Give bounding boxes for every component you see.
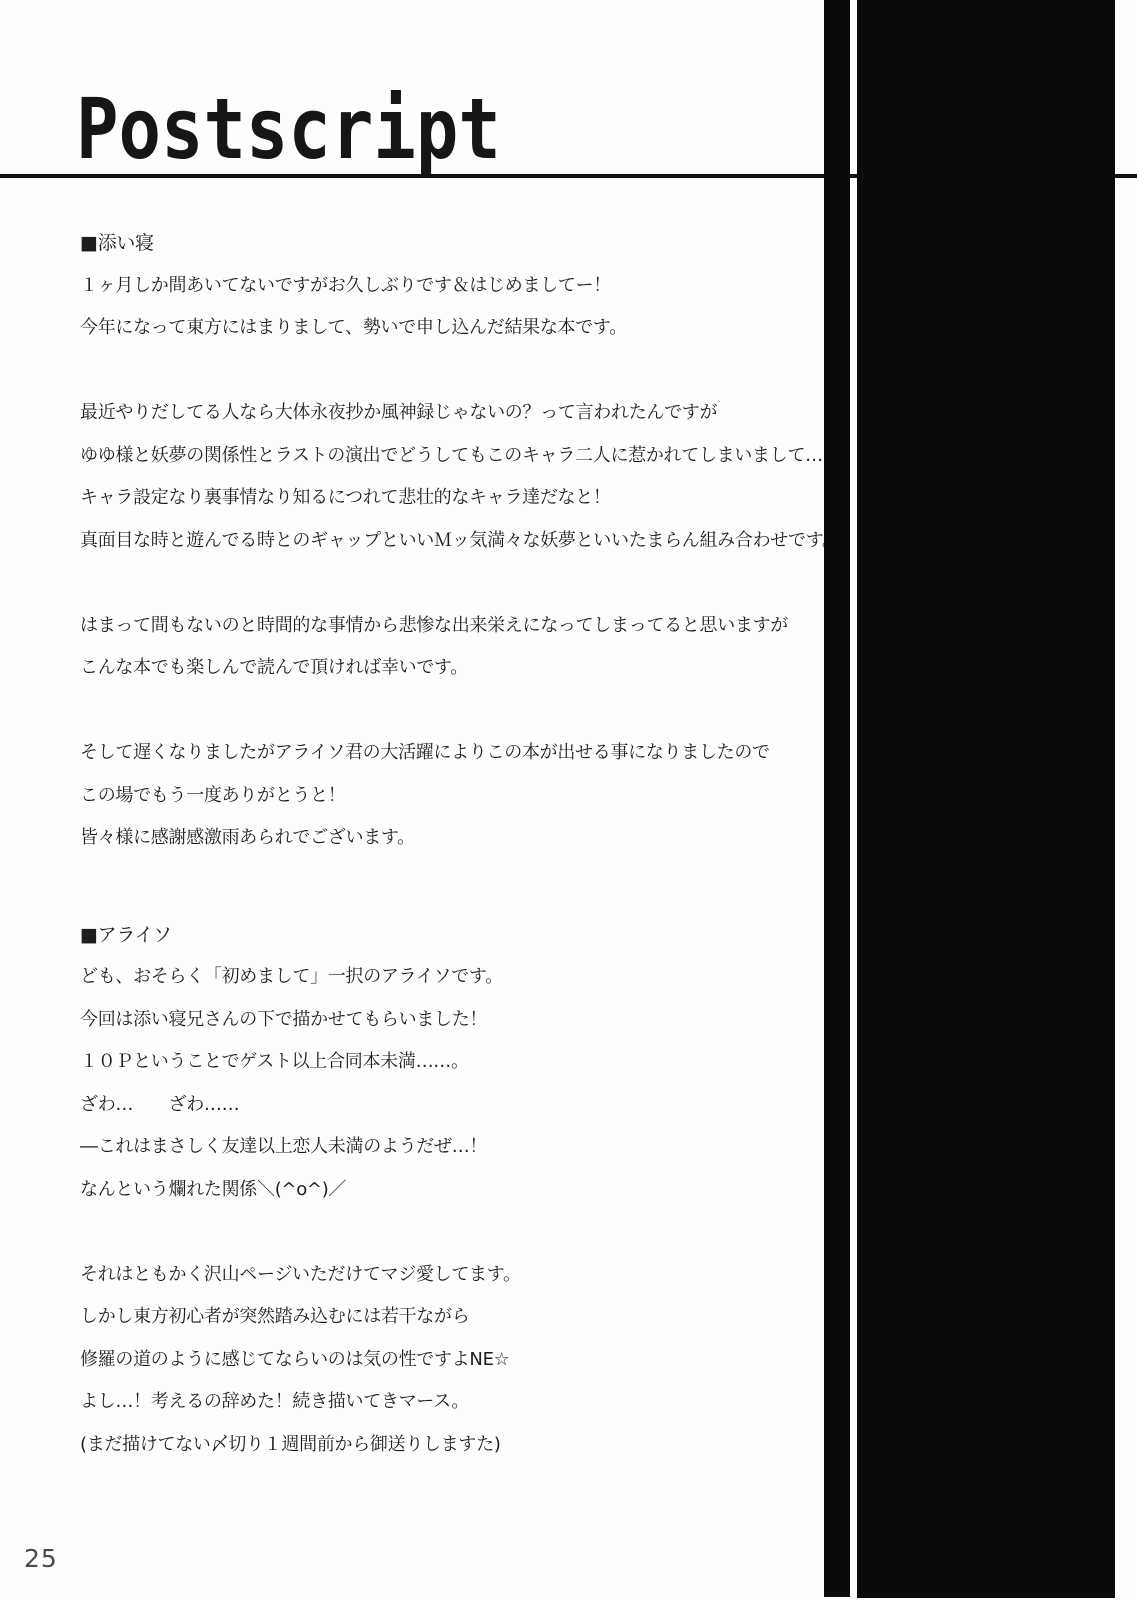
text-line: よし…！考えるの辞めた！続き描いてきマース。 [80, 1381, 824, 1424]
paragraph: そして遅くなりましたがアライソ君の大活躍によりこの本が出せる事になりましたので … [80, 732, 824, 860]
text-line: ゆゆ様と妖夢の関係性とラストの演出でどうしてもこのキャラ二人に惹かれてしまいまし… [80, 435, 824, 478]
section-soine: ■添い寝 １ヶ月しか間あいてないですがお久しぶりです＆はじめましてー！ 今年にな… [80, 222, 824, 860]
text-line: ざわ… ざわ…… [80, 1084, 824, 1127]
text-line: 皆々様に感謝感激雨あられでございます。 [80, 817, 824, 860]
page-title: Postscript [76, 87, 501, 171]
text-line: 今回は添い寝兄さんの下で描かせてもらいました！ [80, 999, 824, 1042]
text-line: はまって間もないのと時間的な事情から悲惨な出来栄えになってしまってると思いますが [80, 605, 824, 648]
text-line: それはともかく沢山ページいただけてマジ愛してます。 [80, 1254, 824, 1297]
text-line: 今年になって東方にはまりまして、勢いで申し込んだ結果な本です。 [80, 307, 824, 350]
paragraph: 最近やりだしてる人なら大体永夜抄か風神録じゃないの？って言われたんですが ゆゆ様… [80, 392, 824, 562]
paragraph: ども、おそらく「初めまして」一択のアライソです。 今回は添い寝兄さんの下で描かせ… [80, 956, 824, 1211]
section-heading-araiso: ■アライソ [80, 914, 824, 957]
text-line: しかし東方初心者が突然踏み込むには若干ながら [80, 1296, 824, 1339]
postscript-page: Postscript ■添い寝 １ヶ月しか間あいてないですがお久しぶりです＆はじ… [0, 0, 1137, 1600]
paragraph: それはともかく沢山ページいただけてマジ愛してます。 しかし東方初心者が突然踏み込… [80, 1254, 824, 1467]
text-line: (まだ描けてない〆切り１週間前から御送りしますた) [80, 1424, 824, 1467]
text-line: １０Ｐということでゲスト以上合同本未満……。 [80, 1041, 824, 1084]
text-line: こんな本でも楽しんで読んで頂ければ幸いです。 [80, 647, 824, 690]
text-line: 真面目な時と遊んでる時とのギャップといいＭッ気満々な妖夢といいたまらん組み合わせ… [80, 520, 824, 563]
text-line: ―これはまさしく友達以上恋人未満のようだぜ…！ [80, 1126, 824, 1169]
postscript-body: ■添い寝 １ヶ月しか間あいてないですがお久しぶりです＆はじめましてー！ 今年にな… [80, 222, 824, 1466]
text-line: ども、おそらく「初めまして」一択のアライソです。 [80, 956, 824, 999]
page-number: 25 [24, 1544, 58, 1573]
text-line: 最近やりだしてる人なら大体永夜抄か風神録じゃないの？って言われたんですが [80, 392, 824, 435]
text-line: 修羅の道のように感じてならいのは気の性ですよNE☆ [80, 1339, 824, 1382]
text-line: キャラ設定なり裏事情なり知るにつれて悲壮的なキャラ達だなと！ [80, 477, 824, 520]
text-line: １ヶ月しか間あいてないですがお久しぶりです＆はじめましてー！ [80, 265, 824, 308]
paragraph: はまって間もないのと時間的な事情から悲惨な出来栄えになってしまってると思いますが… [80, 605, 824, 690]
right-edge-wide-black-bar [857, 0, 1115, 1598]
right-edge-thin-black-bar [824, 0, 850, 1597]
section-heading-soine: ■添い寝 [80, 222, 824, 265]
text-line: そして遅くなりましたがアライソ君の大活躍によりこの本が出せる事になりましたので [80, 732, 824, 775]
text-line: この場でもう一度ありがとうと！ [80, 775, 824, 818]
paragraph: １ヶ月しか間あいてないですがお久しぶりです＆はじめましてー！ 今年になって東方に… [80, 265, 824, 350]
text-line: なんという爛れた関係＼(^o^)／ [80, 1169, 824, 1212]
section-araiso: ■アライソ ども、おそらく「初めまして」一択のアライソです。 今回は添い寝兄さん… [80, 914, 824, 1467]
